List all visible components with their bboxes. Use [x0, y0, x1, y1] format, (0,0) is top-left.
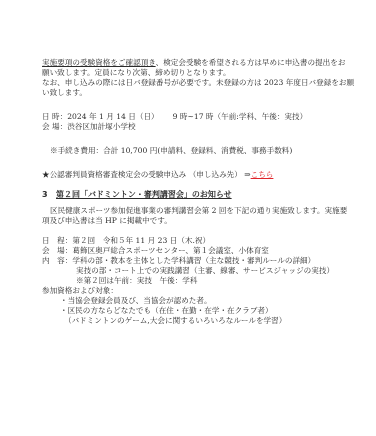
- section-3-heading: 3第２回「バドミントン・審判講習会」のお知らせ: [42, 190, 362, 200]
- seminar-venue: 会 場：葛飾区奥戸総合スポーツセンター、第１会議室、小体育室: [42, 246, 362, 256]
- exam-venue: 会 場：渋谷区加計塚小学校: [42, 122, 362, 132]
- seminar-schedule-value: 第２回 令和５年 11 月 23 日（木.祝）: [72, 236, 210, 245]
- seminar-venue-label: 会 場：: [42, 246, 72, 255]
- seminar-content-label: 内 容：: [42, 256, 72, 265]
- section-3-para-line-1: 区民健康スポーツ参加促進事業の審判講習会第 2 回を下記の通り実施致します。実施…: [42, 206, 362, 216]
- exam-venue-value: 渋谷区加計塚小学校: [67, 122, 135, 131]
- section-3-para-line-2: 項及び申込書は当 HP に掲載中です。: [42, 216, 362, 226]
- intro-line-1: 実施要項の受験資格をご確認頂き、検定会受験を希望される方は早めに申込書の提出をお: [42, 58, 362, 68]
- intro-line-4: い致します。: [42, 88, 362, 98]
- apply-here-link[interactable]: こちら: [251, 170, 274, 179]
- seminar-content-line-2: 実技の部・コート上での実践講習（主審、線審、サービスジャッジの実技）: [42, 266, 362, 276]
- intro-line-2: 願い致します。定員になり次第、締め切りとなります。: [42, 68, 362, 78]
- eligibility-check-text: 実施要項の受験資格をご確認頂き: [42, 58, 156, 67]
- seminar-venue-value: 葛飾区奥戸総合スポーツセンター、第１会議室、小体育室: [72, 246, 269, 255]
- seminar-schedule: 日 程：第２回 令和５年 11 月 23 日（木.祝）: [42, 236, 362, 246]
- eligibility-item-2: ・区民の方ならどなたでも（在住・在勤・在学・在クラブ者）: [42, 306, 362, 316]
- section-number: 3: [42, 190, 56, 200]
- seminar-content: 内 容：学科の部・教本を主体とした学科講習（主な競技・審判ルールの詳細）: [42, 256, 362, 266]
- exam-apply-text: ★公認審判員資格審査検定会の受験申込み （申し込み先） ⇒: [42, 170, 251, 179]
- eligibility-item-1: ・当協会登録会員及び、当協会が認めた者。: [42, 296, 362, 306]
- exam-venue-label: 会 場：: [42, 122, 67, 131]
- exam-time-value: 9 時~17 時（午前:学科、午後：実技）: [173, 112, 308, 121]
- seminar-content-note: ※第２回は午前：実技 午後：学科: [42, 276, 362, 286]
- eligibility-label: 参加資格および対象：: [42, 286, 362, 296]
- exam-date: 日 時：2024 年 1 月 14 日（日）9 時~17 時（午前:学科、午後：…: [42, 112, 362, 122]
- exam-apply: ★公認審判員資格審査検定会の受験申込み （申し込み先） ⇒こちら: [42, 170, 362, 180]
- exam-fee: ※手続き費用：合計 10,700 円(申請料、登録料、消費税、事務手数料): [42, 146, 362, 156]
- exam-date-value: 2024 年 1 月 14 日（日）: [67, 112, 158, 121]
- document-body: 実施要項の受験資格をご確認頂き、検定会受験を希望される方は早めに申込書の提出をお…: [42, 58, 362, 326]
- exam-date-label: 日 時：: [42, 112, 67, 121]
- section-title: 第２回「バドミントン・審判講習会」のお知らせ: [56, 190, 232, 199]
- intro-line-3: なお、申し込みの際には日バ登録番号が必要です。未登録の方は 2023 年度日バ登…: [42, 78, 362, 88]
- seminar-content-line-1: 学科の部・教本を主体とした学科講習（主な競技・審判ルールの詳細）: [72, 256, 315, 265]
- eligibility-note: （バドミントンのゲーム,大会に関するいろいろなルールを学習）: [42, 316, 362, 326]
- seminar-schedule-label: 日 程：: [42, 236, 72, 245]
